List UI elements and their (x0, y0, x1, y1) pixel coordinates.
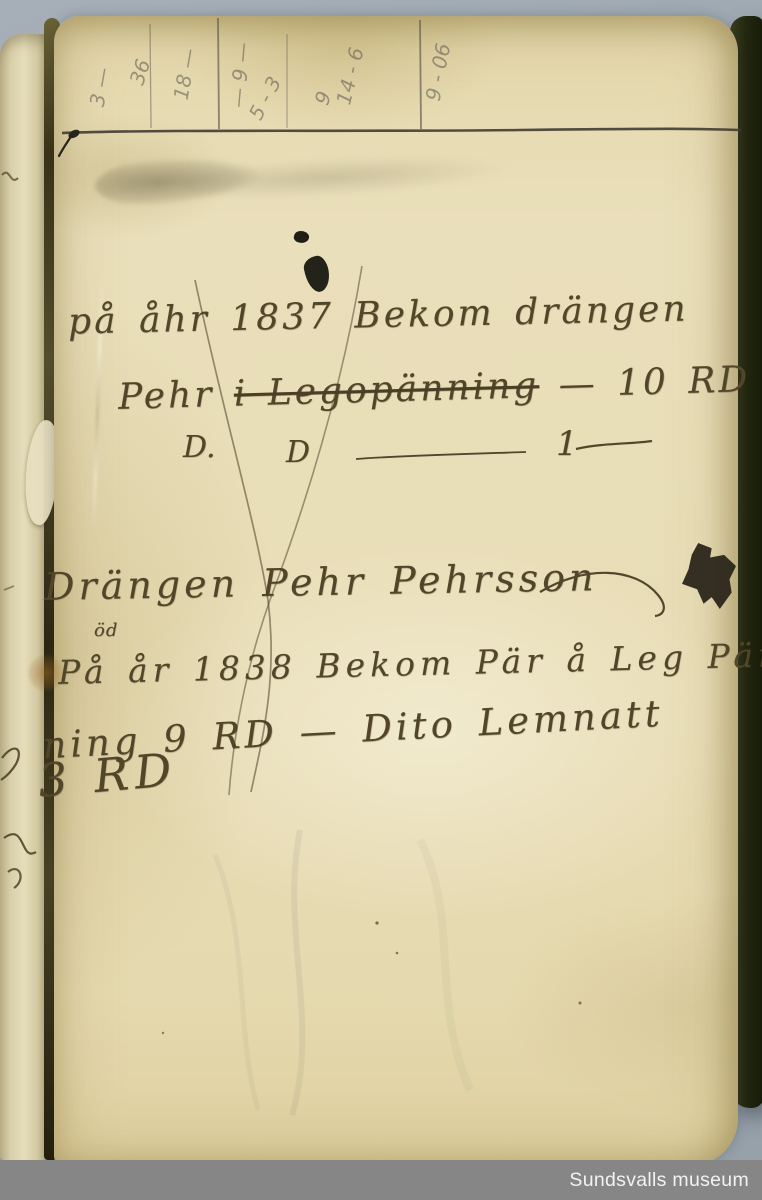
entry-1838-correction: öd (94, 620, 118, 641)
struck-text-run: i Legopänning (233, 365, 540, 415)
entry-1837-sum-ditto-1: D. (183, 430, 216, 465)
text-run: Pehr (118, 374, 235, 418)
photo: 3 — 36 18 — — 9 — 5 - 3 14 - 6 9 9 - 06 … (0, 0, 762, 1200)
museum-credit: Sundsvalls museum (569, 1169, 749, 1192)
adjacent-page-edge (0, 34, 50, 1160)
text-run: — 10 RD (539, 359, 751, 406)
entry-1837-sum-ditto-2: D (286, 435, 310, 470)
entry-1837-sum-value: 1 (556, 424, 578, 464)
caption-bar: Sundsvalls museum (0, 1160, 762, 1200)
